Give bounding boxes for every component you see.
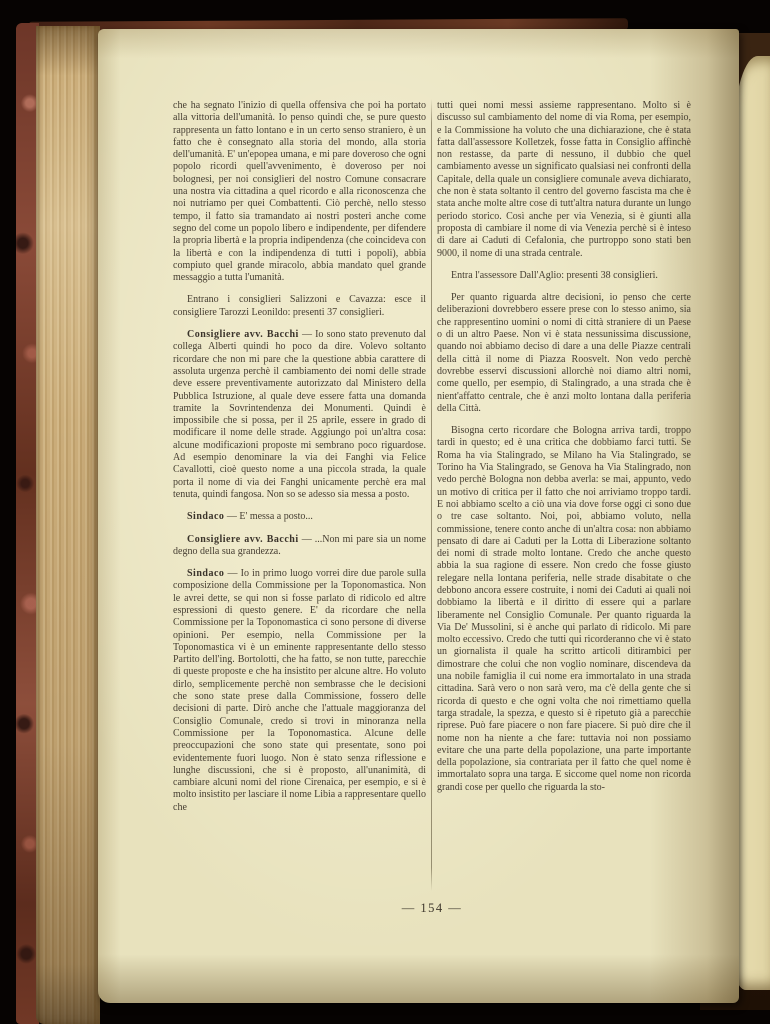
speaker-name: Sindaco [187, 568, 224, 579]
speech-paragraph: Sindaco — Io in primo luogo vorrei dire … [173, 568, 426, 814]
book-photo: che ha segnato l'inizio di quella offens… [0, 0, 770, 1024]
stage-direction: Entra l'assessore Dall'Aglio: presenti 3… [437, 270, 691, 282]
text-column-left: che ha segnato l'inizio di quella offens… [173, 100, 426, 906]
body-paragraph: tutti quei nomi messi assieme rappresent… [437, 100, 691, 260]
body-paragraph: Bisogna certo ricordare che Bologna arri… [437, 425, 691, 794]
book-page: che ha segnato l'inizio di quella offens… [98, 29, 739, 1003]
speech-paragraph: Consigliere avv. Bacchi — Io sono stato … [173, 329, 426, 501]
speaker-name: Consigliere avv. Bacchi [187, 329, 299, 340]
page-number: — 154 — [173, 901, 691, 916]
body-paragraph: che ha segnato l'inizio di quella offens… [173, 100, 426, 284]
column-divider [431, 99, 432, 891]
speech-paragraph: Sindaco — E' messa a posto... [173, 511, 426, 523]
speaker-name: Consigliere avv. Bacchi [187, 534, 299, 545]
facing-page-edge [734, 56, 770, 990]
body-paragraph: Per quanto riguarda altre decisioni, io … [437, 292, 691, 415]
speaker-name: Sindaco [187, 511, 224, 522]
speech-paragraph: Consigliere avv. Bacchi — ...Non mi pare… [173, 534, 426, 559]
fanned-page-edges [36, 26, 100, 1024]
text-column-right: tutti quei nomi messi assieme rappresent… [437, 100, 691, 906]
stage-direction: Entrano i consiglieri Salizzoni e Cavazz… [173, 294, 426, 319]
